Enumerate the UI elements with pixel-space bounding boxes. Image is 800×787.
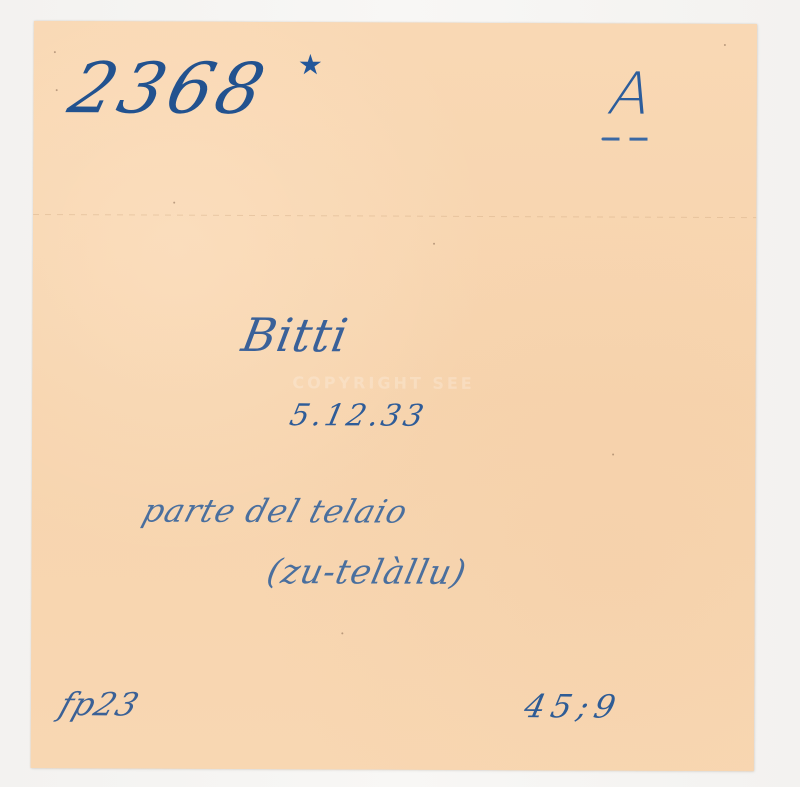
description-italian: parte del telaio <box>138 492 412 531</box>
reference-code-right: 45;9 <box>521 687 625 725</box>
paper-speck <box>173 202 175 204</box>
scan-background: 2368 ★ A Bitti COPYRIGHT SEE 5.12.33 par… <box>0 0 800 787</box>
category-letter: A <box>602 60 662 128</box>
catalog-number: 2368 <box>61 47 276 130</box>
paper-speck <box>433 243 435 245</box>
reference-code-left: fp23 <box>55 685 145 723</box>
star-icon: ★ <box>298 48 323 82</box>
paper-speck <box>612 454 614 456</box>
description-dialect: (zu-telàllu) <box>263 552 470 593</box>
paper-speck <box>54 51 56 53</box>
record-date: 5.12.33 <box>286 398 429 434</box>
place-name: Bitti <box>238 308 353 362</box>
paper-speck <box>724 44 726 46</box>
fold-line <box>33 214 756 218</box>
copyright-watermark: COPYRIGHT SEE <box>292 373 474 393</box>
paper-speck <box>56 89 58 91</box>
archive-index-card: 2368 ★ A Bitti COPYRIGHT SEE 5.12.33 par… <box>31 21 757 771</box>
paper-speck <box>341 632 343 634</box>
category-letter-underline <box>601 137 649 140</box>
